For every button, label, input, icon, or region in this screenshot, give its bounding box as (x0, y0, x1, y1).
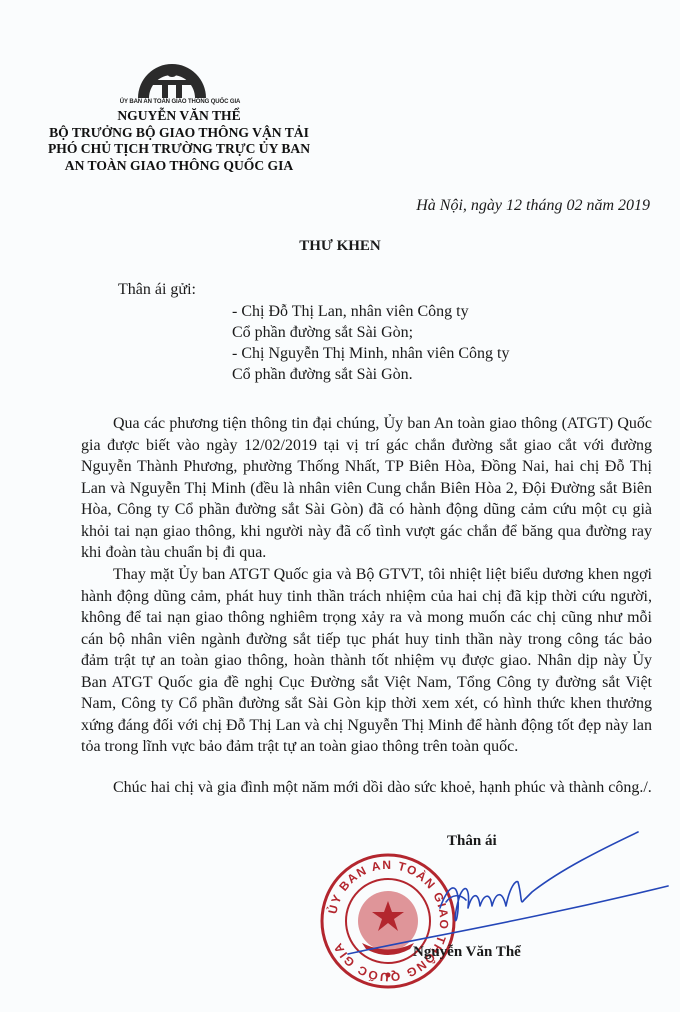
body-paragraph-3: Chúc hai chị và gia đình một năm mới dồi… (81, 777, 652, 799)
recipient-line: Cổ phần đường sắt Sài Gòn; (232, 322, 509, 343)
recipient-line: - Chị Đỗ Thị Lan, nhân viên Công ty (232, 301, 509, 322)
greeting: Thân ái gửi: (118, 281, 196, 299)
document-title: THƯ KHEN (0, 238, 680, 255)
official-red-seal-icon: ỦY BAN AN TOÀN GIAO THÔNG QUỐC GIA (318, 851, 458, 991)
sender-title-2: PHÓ CHỦ TỊCH TRƯỜNG TRỰC ỦY BAN (44, 141, 314, 158)
commendation-letter-page: ỦY BAN AN TOÀN GIAO THÔNG QUỐC GIA NGUYỄ… (0, 0, 680, 1012)
sender-header: NGUYỄN VĂN THỂ BỘ TRƯỞNG BỘ GIAO THÔNG V… (44, 108, 314, 174)
recipient-list: - Chị Đỗ Thị Lan, nhân viên Công ty Cổ p… (232, 301, 509, 385)
date-line: Hà Nội, ngày 12 tháng 02 năm 2019 (416, 197, 650, 215)
signer-name: Nguyễn Văn Thể (413, 944, 521, 961)
logo-caption: ỦY BAN AN TOÀN GIAO THÔNG QUỐC GIA (100, 99, 260, 105)
atgt-committee-logo-icon (132, 54, 212, 98)
sender-title-1: BỘ TRƯỞNG BỘ GIAO THÔNG VẬN TẢI (44, 125, 314, 142)
body-paragraph-1: Qua các phương tiện thông tin đại chúng,… (81, 413, 652, 564)
sender-title-3: AN TOÀN GIAO THÔNG QUỐC GIA (44, 158, 314, 175)
closing: Thân ái (447, 833, 497, 850)
recipient-line: Cổ phần đường sắt Sài Gòn. (232, 364, 509, 385)
recipient-line: - Chị Nguyễn Thị Minh, nhân viên Công ty (232, 343, 509, 364)
sender-name: NGUYỄN VĂN THỂ (44, 108, 314, 125)
body-paragraph-2: Thay mặt Ủy ban ATGT Quốc gia và Bộ GTVT… (81, 564, 652, 758)
